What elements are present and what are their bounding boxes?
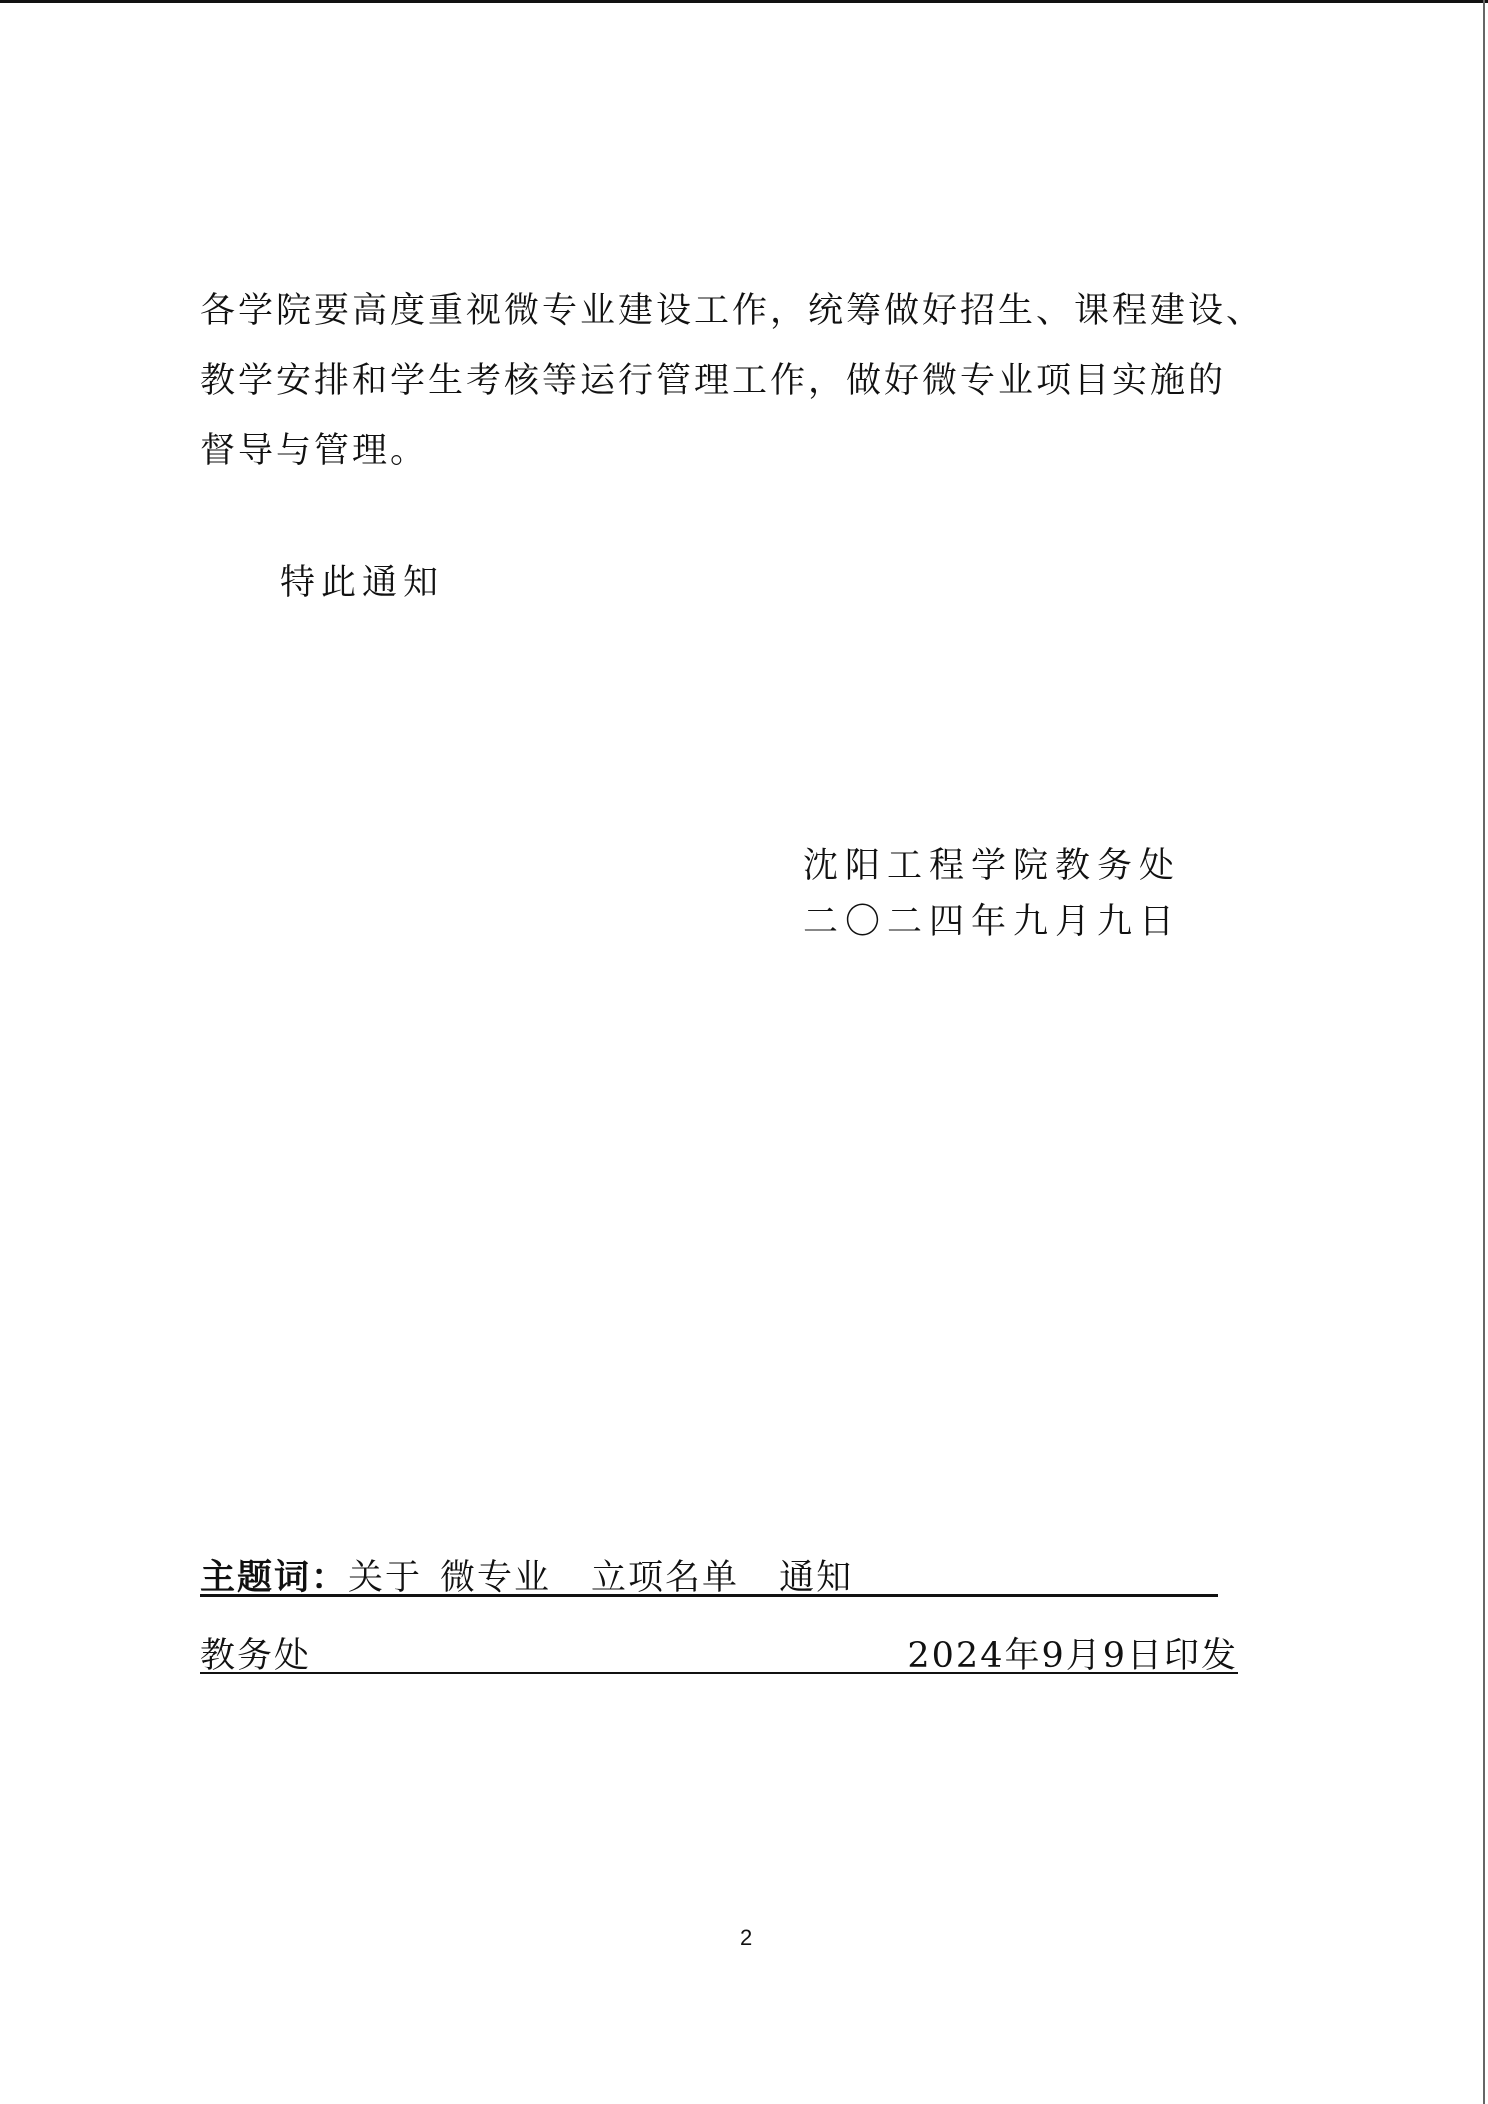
signature-block: 沈阳工程学院教务处 二〇二四年九月九日 [803, 838, 1181, 950]
keywords-label: 主题词： [200, 1558, 348, 1598]
keyword: 微专业 [440, 1558, 551, 1598]
keyword: 通知 [779, 1558, 853, 1598]
page-right-border [1483, 0, 1485, 2104]
body-line: 各学院要高度重视微专业建设工作，统筹做好招生、课程建设、 [200, 276, 1310, 346]
keywords-row: 主题词：关于微专业立项名单通知 [200, 1550, 1218, 1597]
issuer-name: 沈阳工程学院教务处 [803, 838, 1181, 894]
page-number: 2 [740, 1925, 752, 1951]
keyword: 关于 [348, 1558, 422, 1598]
closing-remark: 特此通知 [280, 555, 444, 605]
signature-date: 二〇二四年九月九日 [803, 894, 1181, 950]
body-line: 教学安排和学生考核等运行管理工作，做好微专业项目实施的 [200, 346, 1310, 416]
issuing-office: 教务处 [200, 1628, 311, 1672]
issuance-row: 教务处 2024年9月9日印发 [200, 1628, 1238, 1674]
body-line: 督导与管理。 [200, 416, 1310, 486]
issue-date: 2024年9月9日印发 [907, 1628, 1238, 1672]
body-paragraph: 各学院要高度重视微专业建设工作，统筹做好招生、课程建设、 教学安排和学生考核等运… [200, 276, 1310, 486]
keyword: 立项名单 [591, 1558, 739, 1598]
page-top-border [0, 0, 1488, 3]
